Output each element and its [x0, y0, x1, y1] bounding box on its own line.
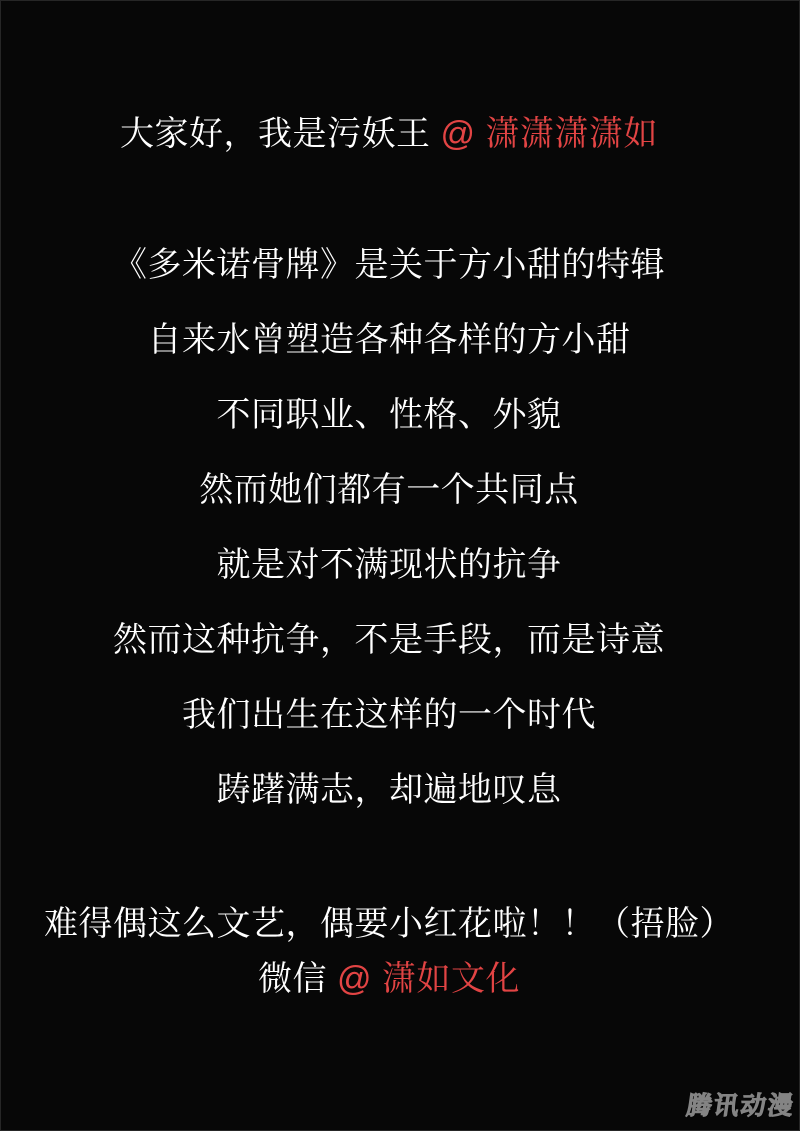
wechat-line: 微信 @ 潇如文化 — [0, 952, 778, 1007]
intro-line: 大家好，我是污妖王 @ 潇潇潇潇如 — [0, 116, 778, 152]
poem-line: 然而这种抗争，不是手段，而是诗意 — [0, 603, 778, 678]
tencent-comics-watermark: 腾讯动漫 — [684, 1086, 797, 1122]
author-handle-text: @ 潇潇潇潇如 — [440, 115, 657, 153]
intro-greeting-text: 大家好，我是污妖王 — [120, 115, 440, 153]
poem-line: 《多米诺骨牌》是关于方小甜的特辑 — [0, 228, 778, 303]
footer-block: 难得偶这么文艺，偶要小红花啦！！（捂脸） 微信 @ 潇如文化 — [0, 897, 778, 1007]
wechat-handle-text: @ 潇如文化 — [337, 960, 520, 998]
poem-line: 我们出生在这样的一个时代 — [0, 678, 778, 753]
poem-line: 自来水曾塑造各种各样的方小甜 — [0, 303, 778, 378]
poem-block: 《多米诺骨牌》是关于方小甜的特辑 自来水曾塑造各种各样的方小甜 不同职业、性格、… — [0, 228, 778, 828]
poem-line: 然而她们都有一个共同点 — [0, 453, 778, 528]
poem-line: 就是对不满现状的抗争 — [0, 528, 778, 603]
wechat-label-text: 微信 — [258, 960, 337, 998]
poem-line: 不同职业、性格、外貌 — [0, 378, 778, 453]
reward-request-line: 难得偶这么文艺，偶要小红花啦！！（捂脸） — [0, 897, 778, 952]
poem-line: 踌躇满志，却遍地叹息 — [0, 753, 778, 828]
